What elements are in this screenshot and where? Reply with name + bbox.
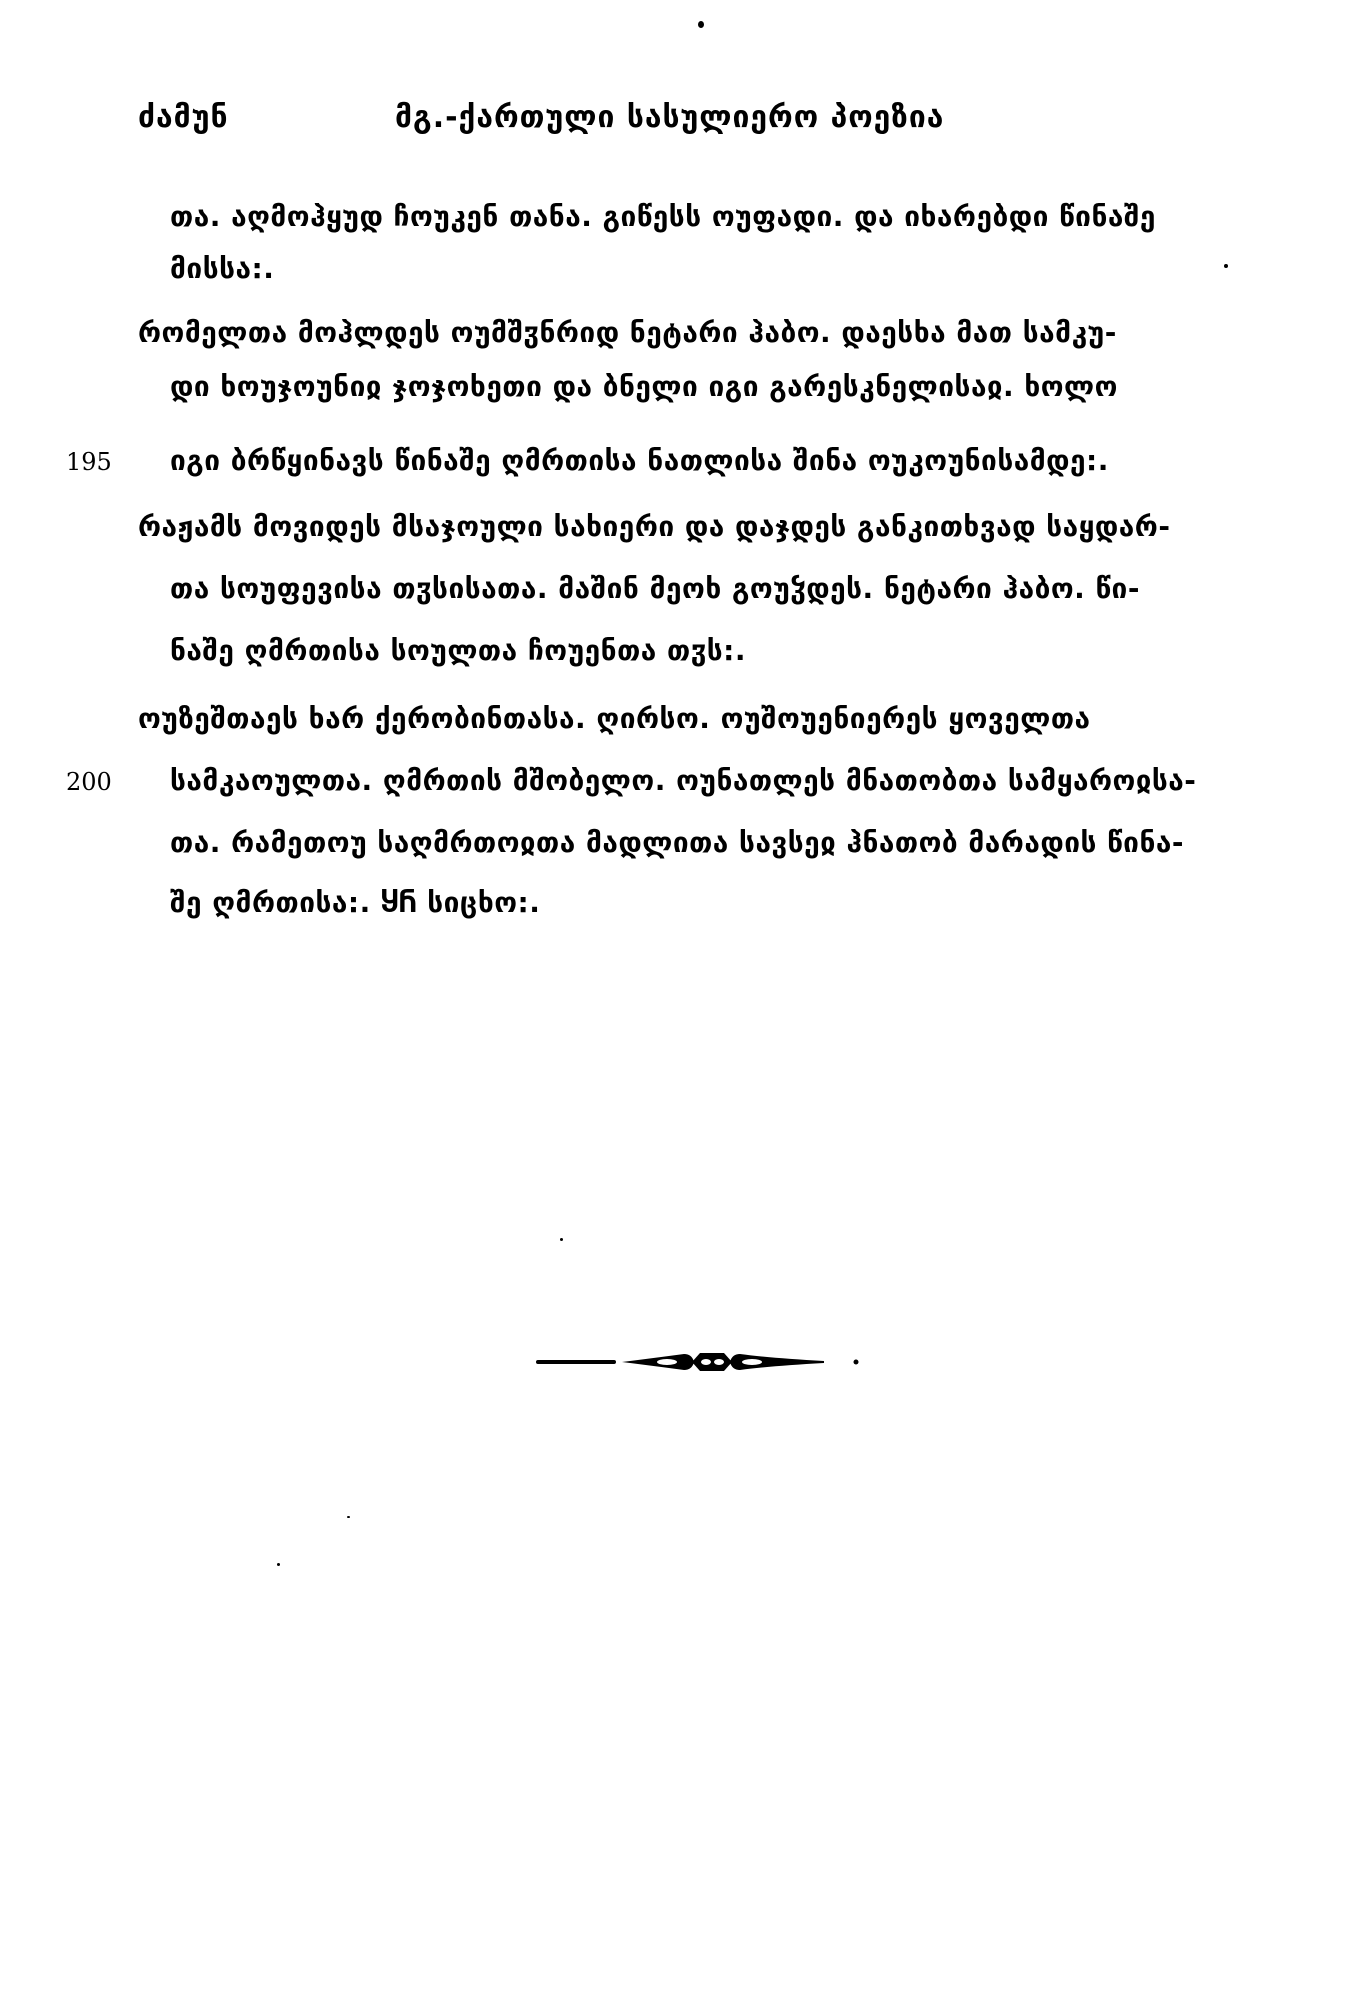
text-line: ოუზეშთაეს ხარ ქერობინთასა. ღირსო. ოუშოუე… — [138, 702, 1091, 735]
text-line: სამკაოულთა. ღმრთის მშობელო. ოუნათლეს მნა… — [170, 764, 1196, 797]
scan-speck — [277, 1563, 280, 1566]
line-number: 200 — [66, 768, 112, 796]
text-line: იგი ბრწყინავს წინაშე ღმრთისა ნათლისა შინ… — [170, 444, 1109, 477]
text-line: თა. აღმოჰყუდ ჩოუკენ თანა. გიწესს ოუფადი.… — [170, 200, 1156, 233]
text-line: რაჟამს მოვიდეს მსაჯოული სახიერი და დაჯდე… — [138, 510, 1170, 543]
text-line: შე ღმრთისა:. ႸႬ სიცხო:. — [170, 886, 540, 919]
running-head-title: მგ.-ქართული სასულიერო პოეზია — [395, 100, 944, 135]
ornament-rule-icon — [534, 1350, 864, 1374]
text-line: მისსა:. — [170, 252, 274, 285]
text-line: თა. რამეთოუ საღმრთოჲთა მადლითა სავსეჲ ჰნ… — [170, 826, 1184, 859]
scan-speck — [1224, 264, 1228, 268]
line-number: 195 — [66, 448, 112, 476]
running-head-left: ძამუნ — [138, 100, 229, 135]
text-line: თა სოუფევისა თჳსისათა. მაშინ მეოხ გოუჴდე… — [170, 572, 1140, 605]
text-line: ნაშე ღმრთისა სოულთა ჩოუენთა თჳს:. — [170, 634, 746, 667]
scan-speck — [347, 1516, 350, 1518]
text-line: რომელთა მოჰლდეს ოუმშჳნრიდ ნეტარი ჰაბო. დ… — [138, 316, 1117, 349]
scan-speck — [560, 1238, 563, 1241]
text-line: დი ხოუჯოუნიჲ ჯოჯოხეთი და ბნელი იგი გარეს… — [170, 370, 1118, 403]
scan-speck — [698, 21, 704, 28]
